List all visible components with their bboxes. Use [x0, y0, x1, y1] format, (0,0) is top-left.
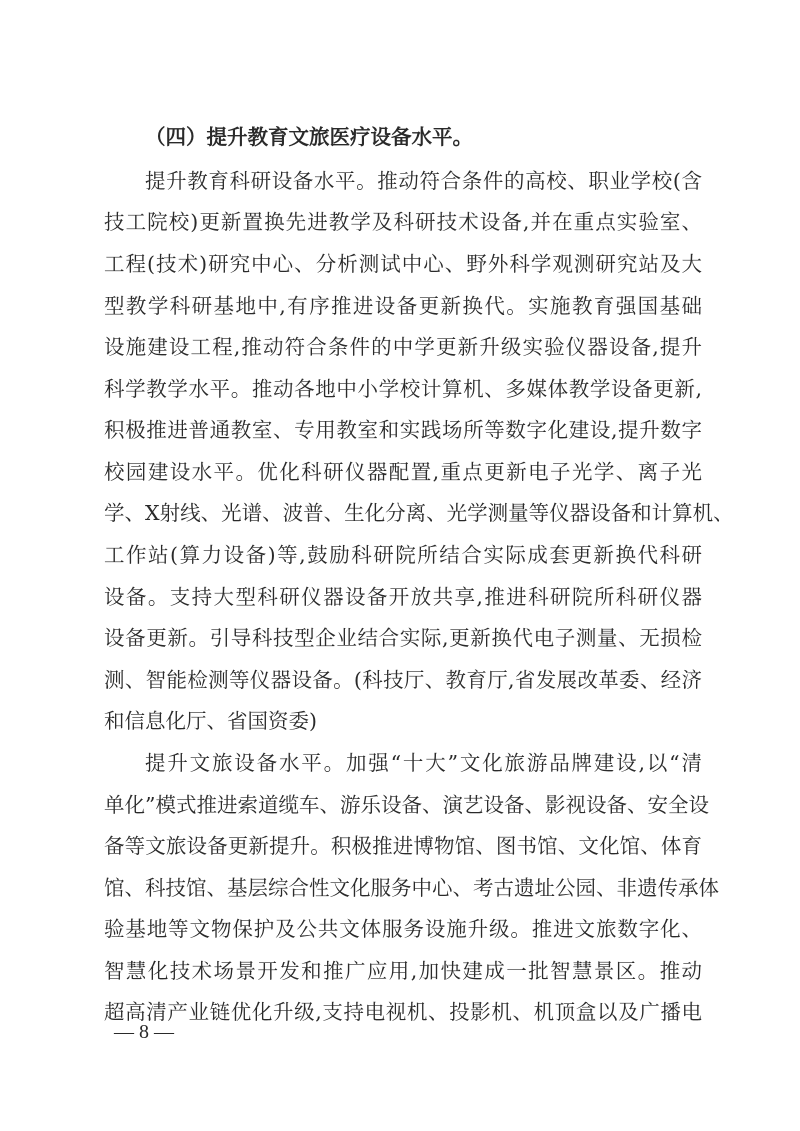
- paragraph-line: 提升教育科研设备水平。推动符合条件的高校、职业学校(含: [145, 169, 702, 193]
- paragraph-line: 设施建设工程,推动符合条件的中学更新升级实验仪器设备,提升: [104, 335, 702, 359]
- paragraph-line: 提升文旅设备水平。加强“十大”文化旅游品牌建设,以“清: [145, 751, 702, 775]
- paragraph-line: 工作站(算力设备)等,鼓励科研院所结合实际成套更新换代科研: [104, 543, 702, 567]
- paragraph-line: 和信息化厅、省国资委): [104, 709, 702, 733]
- paragraph-line: 备等文旅设备更新提升。积极推进博物馆、图书馆、文化馆、体育: [104, 834, 702, 858]
- document-page: （四）提升教育文旅医疗设备水平。 提升教育科研设备水平。推动符合条件的高校、职业…: [0, 0, 800, 1131]
- paragraph-line: 工程(技术)研究中心、分析测试中心、野外科学观测研究站及大: [104, 252, 702, 276]
- paragraph-line: 超高清产业链优化升级,支持电视机、投影机、机顶盒以及广播电: [104, 1000, 702, 1024]
- paragraph-line: 积极推进普通教室、专用教室和实践场所等数字化建设,提升数字: [104, 418, 702, 442]
- paragraph-line: 学、X射线、光谱、波普、生化分离、光学测量等仪器设备和计算机、: [104, 501, 702, 525]
- paragraph-line: 型教学科研基地中,有序推进设备更新换代。实施教育强国基础: [104, 294, 702, 318]
- paragraph-line: 单化”模式推进索道缆车、游乐设备、演艺设备、影视设备、安全设: [104, 793, 702, 817]
- paragraph-line: 技工院校)更新置换先进教学及科研技术设备,并在重点实验室、: [104, 210, 702, 234]
- paragraph-line: 校园建设水平。优化科研仪器配置,重点更新电子光学、离子光: [104, 460, 702, 484]
- paragraph-line: 设备。支持大型科研仪器设备开放共享,推进科研院所科研仪器: [104, 585, 702, 609]
- section-heading: （四）提升教育文旅医疗设备水平。: [145, 125, 702, 149]
- paragraph-line: 设备更新。引导科技型企业结合实际,更新换代电子测量、无损检: [104, 626, 702, 650]
- paragraph-line: 测、智能检测等仪器设备。(科技厅、教育厅,省发展改革委、经济: [104, 668, 702, 692]
- paragraph-line: 科学教学水平。推动各地中小学校计算机、多媒体教学设备更新,: [104, 377, 702, 401]
- paragraph-line: 智慧化技术场景开发和推广应用,加快建成一批智慧景区。推动: [104, 959, 702, 983]
- paragraph-line: 馆、科技馆、基层综合性文化服务中心、考古遗址公园、非遗传承体: [104, 876, 702, 900]
- page-number: — 8 —: [114, 1020, 174, 1044]
- paragraph-line: 验基地等文物保护及公共文体服务设施升级。推进文旅数字化、: [104, 917, 702, 941]
